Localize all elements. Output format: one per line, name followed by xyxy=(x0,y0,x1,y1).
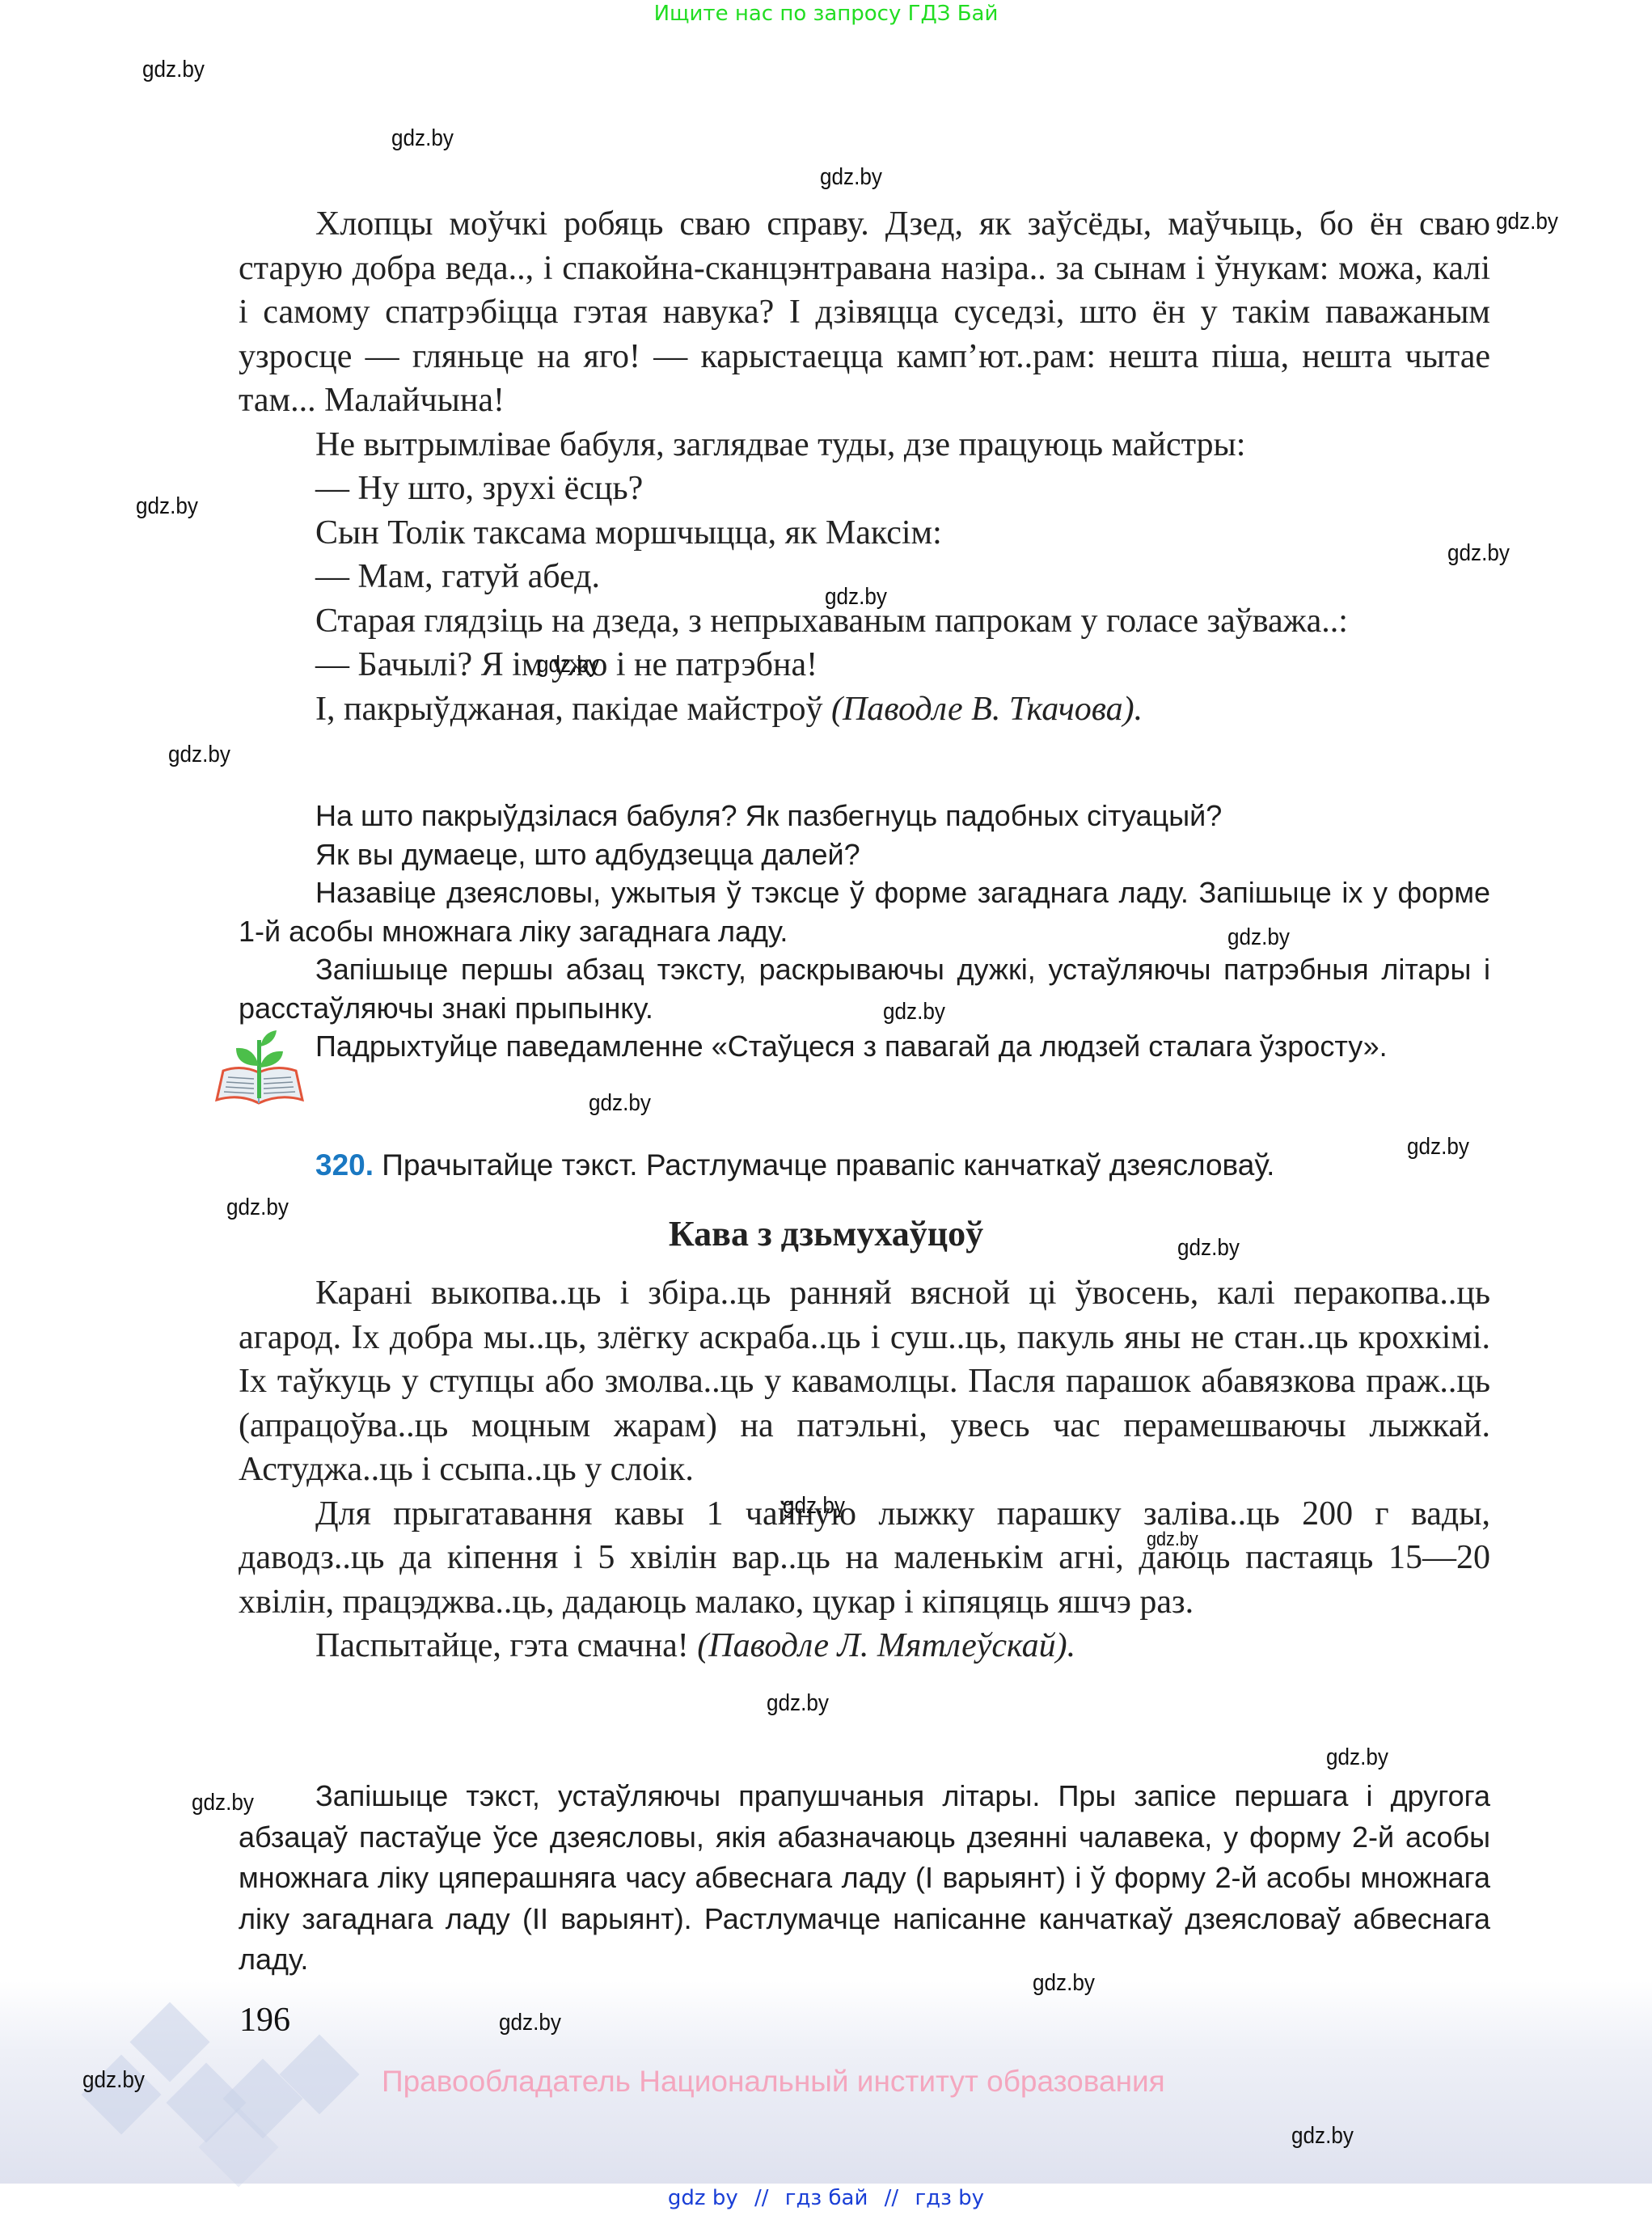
story-text: Хлопцы моўчкі робяць сваю справу. Дзед, … xyxy=(239,202,1490,731)
watermark: gdz.by xyxy=(883,999,945,1025)
watermark: gdz.by xyxy=(589,1090,651,1117)
watermark: gdz.by xyxy=(767,1690,829,1717)
footer-links: gdz by // гдз бай // гдз by xyxy=(0,2186,1652,2210)
copyright-notice: Правообладатель Национальный институт об… xyxy=(382,2065,1165,2099)
watermark: gdz.by xyxy=(1326,1744,1388,1771)
questions-block: На што пакрыўдзілася бабуля? Як пазбегну… xyxy=(239,797,1490,1066)
book-with-sprout-icon xyxy=(212,1029,307,1110)
page-number: 196 xyxy=(239,2001,290,2040)
exercise-paragraph: Для прыгатавання кавы 1 чайную лыжку пар… xyxy=(239,1492,1490,1625)
story-paragraph: Сын Толік таксама моршчыцца, як Максім: xyxy=(239,511,1490,556)
watermark: gdz.by xyxy=(1496,209,1558,235)
watermark: gdz.by xyxy=(1033,1970,1095,1997)
story-attribution: (Паводле В. Ткачова). xyxy=(831,691,1143,728)
watermark: gdz.by xyxy=(136,493,198,520)
story-dialogue: — Ну што, зрухі ёсць? xyxy=(239,467,1490,511)
watermark: gdz.by xyxy=(1407,1134,1469,1161)
exercise-task-block: Запішыце тэкст, устаўляючы прапушчаныя л… xyxy=(239,1776,1490,1981)
watermark: gdz.by xyxy=(825,584,887,611)
watermark: gdz.by xyxy=(783,1493,845,1520)
watermark: gdz.by xyxy=(226,1194,289,1221)
footer-link-gdz-by[interactable]: gdz by xyxy=(668,2186,738,2210)
footer-separator: // xyxy=(885,2186,899,2210)
task: Падрыхтуйце паведамленне «Стаўцеся з пав… xyxy=(239,1027,1490,1066)
watermark: gdz.by xyxy=(1291,2123,1354,2150)
story-paragraph: Не вытрымлівае бабуля, заглядвае туды, д… xyxy=(239,423,1490,467)
question: Як вы думаеце, што адбудзецца далей? xyxy=(239,835,1490,874)
story-dialogue: — Бачылі? Я ім ужо і не патрэбна! xyxy=(239,643,1490,687)
exercise-paragraph: Карані выкопва..ць і збіра..ць ранняй вя… xyxy=(239,1271,1490,1492)
footer-separator: // xyxy=(754,2186,769,2210)
watermark: gdz.by xyxy=(1147,1528,1198,1551)
watermark: gdz.by xyxy=(499,2010,561,2036)
exercise-heading: 320. Прачытайце тэкст. Растлумачце права… xyxy=(315,1148,1274,1182)
watermark: gdz.by xyxy=(82,2067,145,2094)
task: Назавіце дзеясловы, ужытыя ў тэксце ў фо… xyxy=(239,873,1490,950)
footer-link-gdz-bai[interactable]: гдз бай xyxy=(785,2186,868,2210)
watermark: gdz.by xyxy=(820,164,882,191)
exercise-paragraph: Паспытайце, гэта смачна! (Паводле Л. Мят… xyxy=(239,1624,1490,1668)
question: На што пакрыўдзілася бабуля? Як пазбегну… xyxy=(239,797,1490,835)
watermark: gdz.by xyxy=(391,125,454,152)
exercise-task: Запішыце тэкст, устаўляючы прапушчаныя л… xyxy=(239,1776,1490,1981)
footer-link-gdz-by-cyr[interactable]: гдз by xyxy=(915,2186,984,2210)
exercise-text: Карані выкопва..ць і збіра..ць ранняй вя… xyxy=(239,1271,1490,1668)
exercise-attribution: (Паводле Л. Мятлеўскай). xyxy=(697,1627,1075,1664)
top-banner[interactable]: Ищите нас по запросу ГДЗ Бай xyxy=(0,2,1652,26)
task: Запішыце першы абзац тэксту, раскрываючы… xyxy=(239,950,1490,1027)
watermark: gdz.by xyxy=(192,1790,254,1816)
exercise-last-line: Паспытайце, гэта смачна! xyxy=(315,1627,689,1664)
watermark: gdz.by xyxy=(537,652,599,679)
story-paragraph: Хлопцы моўчкі робяць сваю справу. Дзед, … xyxy=(239,202,1490,423)
exercise-number: 320. xyxy=(315,1148,374,1182)
watermark: gdz.by xyxy=(142,57,205,83)
story-last-line: І, пакрыўджаная, пакідае майстроў xyxy=(315,691,822,728)
watermark: gdz.by xyxy=(168,742,230,768)
watermark: gdz.by xyxy=(1227,924,1290,951)
watermark: gdz.by xyxy=(1177,1235,1240,1262)
exercise-instruction: Прачытайце тэкст. Растлумачце правапіс к… xyxy=(382,1148,1274,1182)
watermark: gdz.by xyxy=(1447,540,1510,567)
story-paragraph: І, пакрыўджаная, пакідае майстроў (Павод… xyxy=(239,687,1490,732)
